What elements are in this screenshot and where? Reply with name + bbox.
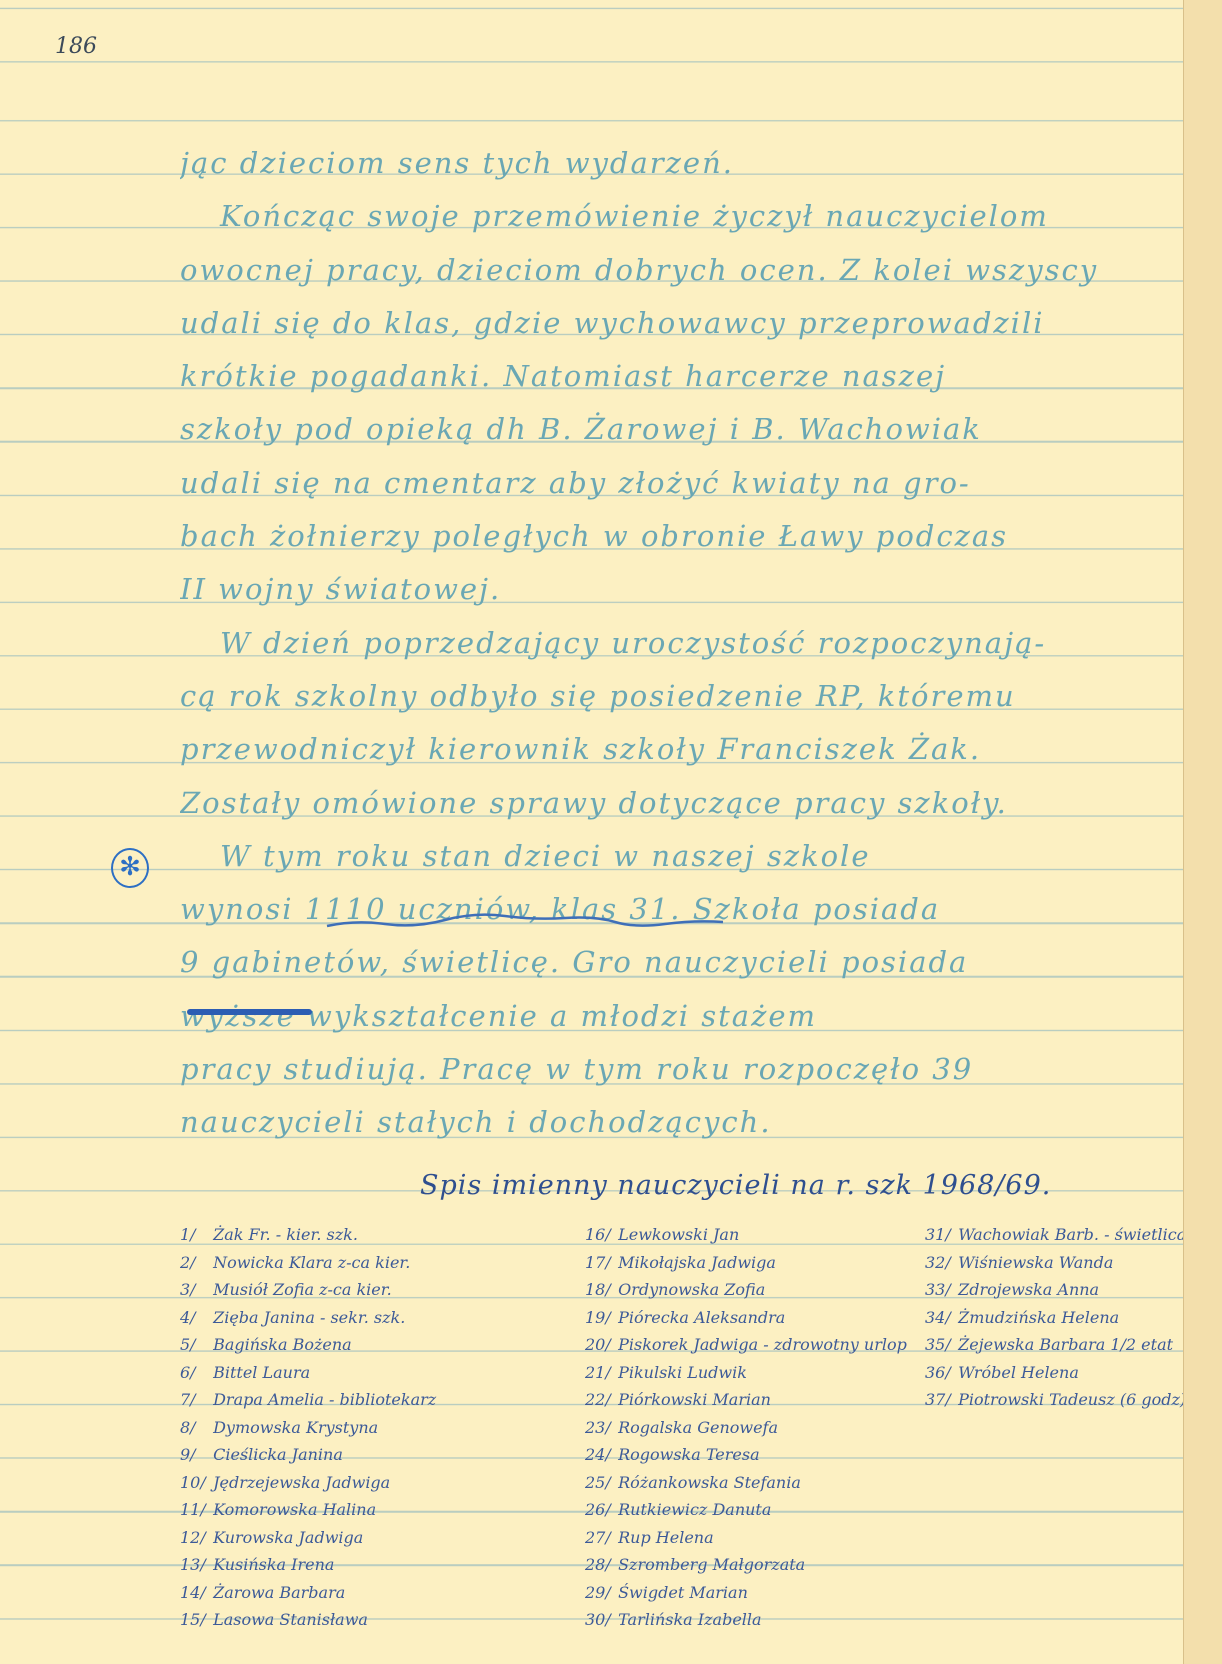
- teacher-name: Tarlińska Izabella: [618, 1610, 761, 1629]
- body-line: 9 gabinetów, świetlicę. Gro nauczycieli …: [180, 936, 1170, 989]
- teacher-name: Musiół Zofia z-ca kier.: [213, 1280, 392, 1299]
- teacher-list-title: Spis imienny nauczycieli na r. szk 1968/…: [420, 1170, 1051, 1201]
- entry-number: 22/: [585, 1386, 613, 1414]
- teacher-entry: 12/ Kurowska Jadwiga: [180, 1524, 436, 1552]
- entry-number: 25/: [585, 1469, 613, 1497]
- entry-number: 30/: [585, 1606, 613, 1634]
- teacher-name: Komorowska Halina: [213, 1500, 376, 1519]
- teacher-entry: 32/ Wiśniewska Wanda: [925, 1249, 1186, 1277]
- entry-number: 21/: [585, 1359, 613, 1387]
- body-line: Kończąc swoje przemówienie życzył nauczy…: [180, 190, 1170, 243]
- teacher-entry: 25/ Różankowska Stefania: [585, 1469, 907, 1497]
- teacher-name: Żarowa Barbara: [213, 1583, 345, 1602]
- teacher-name: Wiśniewska Wanda: [958, 1253, 1113, 1272]
- teacher-name: Świgdet Marian: [618, 1583, 748, 1602]
- entry-number: 29/: [585, 1579, 613, 1607]
- teacher-name: Żejewska Barbara 1/2 etat: [958, 1335, 1173, 1354]
- teacher-entry: 13/ Kusińska Irena: [180, 1551, 436, 1579]
- entry-number: 3/: [180, 1276, 208, 1304]
- teacher-name: Różankowska Stefania: [618, 1473, 801, 1492]
- entry-number: 7/: [180, 1386, 208, 1414]
- teacher-name: Wróbel Helena: [958, 1363, 1079, 1382]
- teacher-entry: 26/ Rutkiewicz Danuta: [585, 1496, 907, 1524]
- body-line: II wojny światowej.: [180, 563, 1170, 616]
- teacher-entry: 20/ Piskorek Jadwiga - zdrowotny urlop: [585, 1331, 907, 1359]
- teacher-entry: 22/ Piórkowski Marian: [585, 1386, 907, 1414]
- teacher-entry: 10/ Jędrzejewska Jadwiga: [180, 1469, 436, 1497]
- teacher-entry: 19/ Piórecka Aleksandra: [585, 1304, 907, 1332]
- body-line: nauczycieli stałych i dochodzących.: [180, 1096, 1170, 1149]
- page-number: 186: [55, 34, 97, 59]
- entry-number: 34/: [925, 1304, 953, 1332]
- teacher-entry: 9/ Cieślicka Janina: [180, 1441, 436, 1469]
- entry-number: 26/: [585, 1496, 613, 1524]
- entry-number: 1/: [180, 1221, 208, 1249]
- teacher-name: Piskorek Jadwiga - zdrowotny urlop: [618, 1335, 907, 1354]
- strikethrough-mark: [187, 1009, 312, 1015]
- entry-number: 2/: [180, 1249, 208, 1277]
- teacher-entry: 35/ Żejewska Barbara 1/2 etat: [925, 1331, 1186, 1359]
- entry-number: 31/: [925, 1221, 953, 1249]
- entry-number: 37/: [925, 1386, 953, 1414]
- body-line: udali się na cmentarz aby złożyć kwiaty …: [180, 457, 1170, 510]
- wavy-underline-mark: [325, 912, 725, 932]
- entry-number: 9/: [180, 1441, 208, 1469]
- teacher-entry: 8/ Dymowska Krystyna: [180, 1414, 436, 1442]
- teacher-name: Rutkiewicz Danuta: [618, 1500, 771, 1519]
- teacher-entry: 17/ Mikołajska Jadwiga: [585, 1249, 907, 1277]
- entry-number: 35/: [925, 1331, 953, 1359]
- teacher-entry: 3/ Musiół Zofia z-ca kier.: [180, 1276, 436, 1304]
- entry-number: 16/: [585, 1221, 613, 1249]
- teacher-entry: 4/ Zięba Janina - sekr. szk.: [180, 1304, 436, 1332]
- entry-number: 20/: [585, 1331, 613, 1359]
- teacher-entry: 30/ Tarlińska Izabella: [585, 1606, 907, 1634]
- body-line: wyższe wykształcenie a młodzi stażem: [180, 990, 1170, 1043]
- teacher-name: Żmudzińska Helena: [958, 1308, 1119, 1327]
- teacher-entry: 21/ Pikulski Ludwik: [585, 1359, 907, 1387]
- teacher-name: Rogalska Genowefa: [618, 1418, 778, 1437]
- teacher-name: Żak Fr. - kier. szk.: [213, 1225, 358, 1244]
- teacher-entry: 24/ Rogowska Teresa: [585, 1441, 907, 1469]
- body-line: Zostały omówione sprawy dotyczące pracy …: [180, 777, 1170, 830]
- teacher-name: Jędrzejewska Jadwiga: [213, 1473, 390, 1492]
- teacher-entry: 15/ Lasowa Stanisława: [180, 1606, 436, 1634]
- entry-number: 6/: [180, 1359, 208, 1387]
- entry-number: 27/: [585, 1524, 613, 1552]
- body-line: cą rok szkolny odbyło się posiedzenie RP…: [180, 670, 1170, 723]
- teacher-name: Kusińska Irena: [213, 1555, 334, 1574]
- teacher-entry: 29/ Świgdet Marian: [585, 1579, 907, 1607]
- body-line: krótkie pogadanki. Natomiast harcerze na…: [180, 350, 1170, 403]
- teacher-entry: 31/ Wachowiak Barb. - świetlica: [925, 1221, 1186, 1249]
- teacher-name: Mikołajska Jadwiga: [618, 1253, 776, 1272]
- teacher-entry: 2/ Nowicka Klara z-ca kier.: [180, 1249, 436, 1277]
- teacher-entry: 23/ Rogalska Genowefa: [585, 1414, 907, 1442]
- entry-number: 19/: [585, 1304, 613, 1332]
- teacher-entry: 6/ Bittel Laura: [180, 1359, 436, 1387]
- teacher-name: Pikulski Ludwik: [618, 1363, 747, 1382]
- entry-number: 14/: [180, 1579, 208, 1607]
- body-line: jąc dzieciom sens tych wydarzeń.: [180, 137, 1170, 190]
- teacher-name: Lewkowski Jan: [618, 1225, 739, 1244]
- teacher-entry: 1/ Żak Fr. - kier. szk.: [180, 1221, 436, 1249]
- teacher-entry: 7/ Drapa Amelia - bibliotekarz: [180, 1386, 436, 1414]
- entry-number: 4/: [180, 1304, 208, 1332]
- page-edge: [1183, 0, 1222, 1664]
- teacher-name: Piórkowski Marian: [618, 1390, 771, 1409]
- entry-number: 17/: [585, 1249, 613, 1277]
- body-line: owocnej pracy, dzieciom dobrych ocen. Z …: [180, 244, 1170, 297]
- entry-number: 11/: [180, 1496, 208, 1524]
- teacher-name: Dymowska Krystyna: [213, 1418, 378, 1437]
- entry-number: 8/: [180, 1414, 208, 1442]
- teacher-entry: 5/ Bagińska Bożena: [180, 1331, 436, 1359]
- teacher-entry: 36/ Wróbel Helena: [925, 1359, 1186, 1387]
- notebook-page: 186 ✻ jąc dzieciom sens tych wydarzeń. K…: [0, 0, 1183, 1664]
- teacher-name: Drapa Amelia - bibliotekarz: [213, 1390, 436, 1409]
- entry-number: 15/: [180, 1606, 208, 1634]
- teacher-entry: 27/ Rup Helena: [585, 1524, 907, 1552]
- body-line: pracy studiują. Pracę w tym roku rozpocz…: [180, 1043, 1170, 1096]
- body-line: bach żołnierzy poległych w obronie Ławy …: [180, 510, 1170, 563]
- asterisk-circle-icon: ✻: [111, 848, 149, 888]
- teacher-name: Cieślicka Janina: [213, 1445, 343, 1464]
- teacher-name: Zdrojewska Anna: [958, 1280, 1099, 1299]
- teacher-entry: 16/ Lewkowski Jan: [585, 1221, 907, 1249]
- teacher-name: Rup Helena: [618, 1528, 714, 1547]
- teacher-entry: 37/ Piotrowski Tadeusz (6 godz): [925, 1386, 1186, 1414]
- entry-number: 5/: [180, 1331, 208, 1359]
- entry-number: 13/: [180, 1551, 208, 1579]
- teacher-entry: 11/ Komorowska Halina: [180, 1496, 436, 1524]
- teacher-name: Piotrowski Tadeusz (6 godz): [958, 1390, 1186, 1409]
- entry-number: 36/: [925, 1359, 953, 1387]
- entry-number: 18/: [585, 1276, 613, 1304]
- teacher-name: Rogowska Teresa: [618, 1445, 760, 1464]
- body-line: W tym roku stan dzieci w naszej szkole: [180, 830, 1170, 883]
- entry-number: 24/: [585, 1441, 613, 1469]
- teacher-entry: 28/ Szromberg Małgorzata: [585, 1551, 907, 1579]
- teacher-entry: 34/ Żmudzińska Helena: [925, 1304, 1186, 1332]
- teacher-name: Piórecka Aleksandra: [618, 1308, 785, 1327]
- teacher-name: Ordynowska Zofia: [618, 1280, 765, 1299]
- teacher-name: Zięba Janina - sekr. szk.: [213, 1308, 405, 1327]
- teacher-column-1: 1/ Żak Fr. - kier. szk. 2/ Nowicka Klara…: [180, 1221, 436, 1634]
- teacher-name: Bagińska Bożena: [213, 1335, 352, 1354]
- entry-number: 32/: [925, 1249, 953, 1277]
- entry-number: 12/: [180, 1524, 208, 1552]
- teacher-name: Bittel Laura: [213, 1363, 310, 1382]
- teacher-name: Szromberg Małgorzata: [618, 1555, 805, 1574]
- entry-number: 23/: [585, 1414, 613, 1442]
- body-line: szkoły pod opieką dh B. Żarowej i B. Wac…: [180, 403, 1170, 456]
- teacher-name: Lasowa Stanisława: [213, 1610, 368, 1629]
- entry-number: 10/: [180, 1469, 208, 1497]
- teacher-name: Wachowiak Barb. - świetlica: [958, 1225, 1186, 1244]
- handwritten-body: jąc dzieciom sens tych wydarzeń. Kończąc…: [180, 137, 1170, 1150]
- teacher-column-3: 31/ Wachowiak Barb. - świetlica 32/ Wiśn…: [925, 1221, 1186, 1414]
- teacher-column-2: 16/ Lewkowski Jan 17/ Mikołajska Jadwiga…: [585, 1221, 907, 1634]
- teacher-entry: 33/ Zdrojewska Anna: [925, 1276, 1186, 1304]
- entry-number: 28/: [585, 1551, 613, 1579]
- body-line: udali się do klas, gdzie wychowawcy prze…: [180, 297, 1170, 350]
- teacher-name: Nowicka Klara z-ca kier.: [213, 1253, 410, 1272]
- body-line: przewodniczył kierownik szkoły Francisze…: [180, 723, 1170, 776]
- teacher-entry: 14/ Żarowa Barbara: [180, 1579, 436, 1607]
- body-line: W dzień poprzedzający uroczystość rozpoc…: [180, 617, 1170, 670]
- teacher-name: Kurowska Jadwiga: [213, 1528, 363, 1547]
- teacher-entry: 18/ Ordynowska Zofia: [585, 1276, 907, 1304]
- entry-number: 33/: [925, 1276, 953, 1304]
